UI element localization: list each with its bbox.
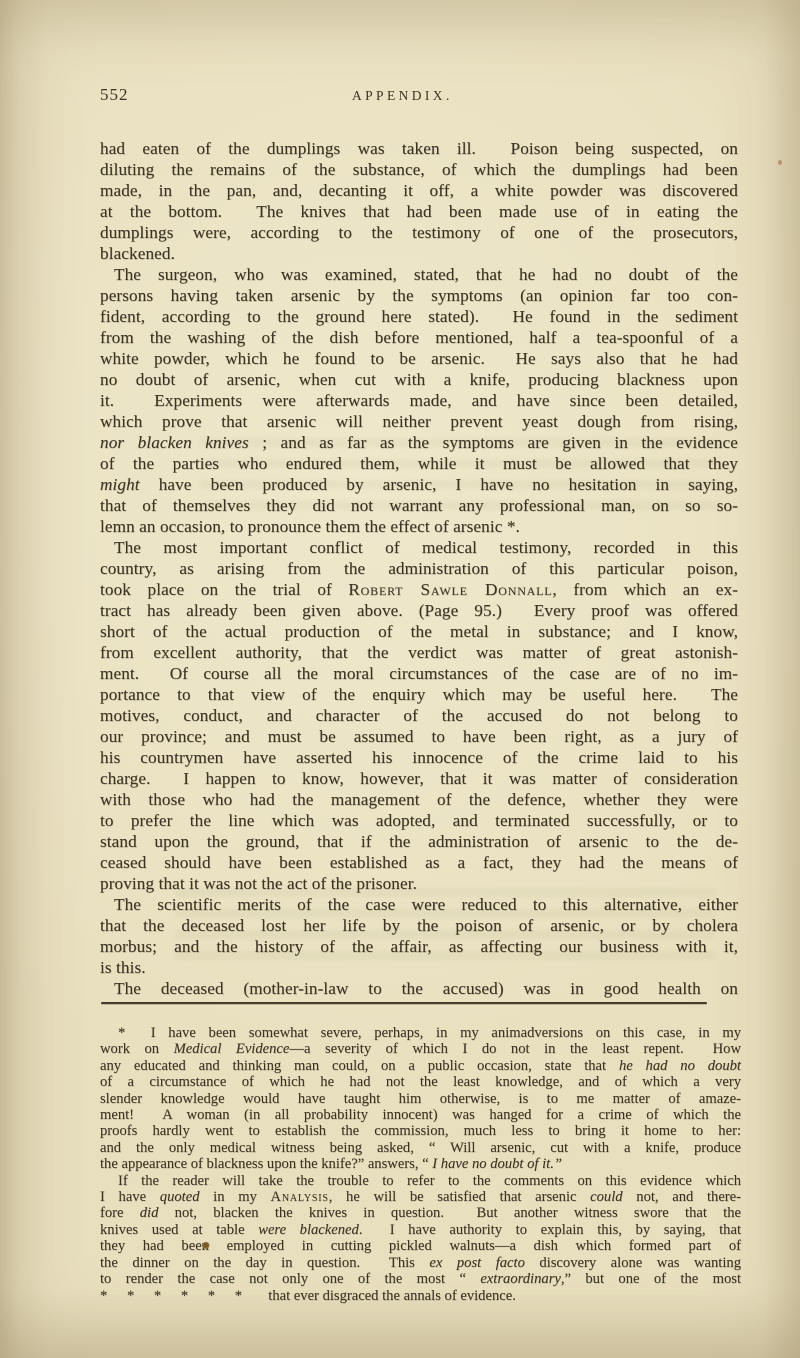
text-segment: , from which an ex- — [552, 580, 738, 599]
text-segment: stand upon the ground, that if the admin… — [100, 832, 738, 851]
text-segment: ceased should have been established as a… — [100, 853, 738, 872]
text-line: white powder, which he found to be arsen… — [100, 348, 738, 369]
body-text: had eaten of the dumplings was taken ill… — [100, 138, 738, 999]
text-segment: the dinner on the day in question. This — [100, 1255, 429, 1271]
text-segment: dumplings were, according to the testimo… — [100, 223, 738, 242]
text-segment: work on — [100, 1041, 174, 1057]
text-segment: ,” but one of the most — [561, 1271, 741, 1287]
text-line: the appearance of blackness upon the kni… — [100, 1156, 741, 1172]
text-segment: * * * * * * — [100, 1288, 250, 1304]
text-segment: nor blacken knives — [100, 433, 249, 452]
text-line: to prefer the line which was adopted, an… — [100, 810, 738, 831]
text-segment: blackened. — [100, 244, 175, 263]
paper-speck — [202, 1242, 210, 1249]
text-line: our province; and must be assumed to hav… — [100, 726, 738, 747]
page-number: 552 — [100, 85, 129, 105]
text-segment: I have — [100, 1189, 160, 1205]
text-segment: extraordinary — [480, 1271, 561, 1287]
text-line: might have been produced by arsenic, I h… — [100, 474, 738, 495]
text-segment: quoted — [160, 1189, 200, 1205]
footnote-text: * I have been somewhat severe, perhaps, … — [100, 1025, 741, 1304]
text-line: short of the actual production of the me… — [100, 621, 738, 642]
paper-speck — [778, 160, 782, 165]
text-line: to render the case not only one of the m… — [100, 1271, 741, 1287]
text-line: slender knowledge would have taught him … — [100, 1091, 741, 1107]
text-segment: portance to that view of the enquiry whi… — [100, 685, 738, 704]
text-line: is this. — [100, 957, 738, 978]
text-segment: * I have been somewhat severe, perhaps, … — [118, 1025, 741, 1041]
text-line: ceased should have been established as a… — [100, 852, 738, 873]
text-segment: knives used at table — [100, 1222, 258, 1238]
text-segment: ex post facto — [429, 1255, 525, 1271]
text-line: his countrymen have asserted his innocen… — [100, 747, 738, 768]
text-line: The deceased (mother-in-law to the accus… — [100, 978, 738, 999]
text-segment: and the only medical witness being asked… — [100, 1140, 741, 1156]
text-line: * * * * * * that ever disgraced the anna… — [100, 1288, 741, 1304]
text-line: portance to that view of the enquiry whi… — [100, 684, 738, 705]
text-line: lemn an occasion, to pronounce them the … — [100, 516, 738, 537]
text-line: persons having taken arsenic by the symp… — [100, 285, 738, 306]
text-segment: that of themselves they did not warrant … — [100, 496, 738, 515]
text-segment: it. Experiments were afterwards made, an… — [100, 391, 738, 410]
text-segment: have been produced by arsenic, I have no… — [140, 475, 738, 494]
text-segment: ; and as far as the symptoms are given i… — [249, 433, 738, 452]
text-line: that the deceased lost her life by the p… — [100, 915, 738, 936]
text-segment: did — [140, 1205, 159, 1221]
text-line: from the washing of the dish before ment… — [100, 327, 738, 348]
text-line: stand upon the ground, that if the admin… — [100, 831, 738, 852]
text-line: diluting the remains of the substance, o… — [100, 159, 738, 180]
text-segment: charge. I happen to know, however, that … — [100, 769, 738, 788]
text-segment: could — [590, 1189, 622, 1205]
text-line: fore did not, blacken the knives in ques… — [100, 1205, 741, 1221]
text-line: The surgeon, who was examined, stated, t… — [100, 264, 738, 285]
text-line: motives, conduct, and character of the a… — [100, 705, 738, 726]
text-line: tract has already been given above. (Pag… — [100, 600, 738, 621]
text-line: ment! A woman (in all probability innoce… — [100, 1107, 741, 1123]
text-segment: were blackened — [258, 1222, 359, 1238]
text-line: nor blacken knives ; and as far as the s… — [100, 432, 738, 453]
book-page: 552 APPENDIX. had eaten of the dumplings… — [0, 0, 800, 1358]
text-segment: he had no doubt — [619, 1058, 741, 1074]
text-segment: to render the case not only one of the m… — [100, 1271, 480, 1287]
text-line: proofs hardly went to establish the comm… — [100, 1123, 741, 1139]
text-segment: . I have authority to explain this, by s… — [359, 1222, 741, 1238]
text-segment: The deceased (mother-in-law to the accus… — [114, 979, 738, 998]
text-segment: diluting the remains of the substance, o… — [100, 160, 738, 179]
text-segment: fore — [100, 1205, 140, 1221]
text-segment: , he will be satisfied that arsenic — [329, 1189, 590, 1205]
text-line: at the bottom. The knives that had been … — [100, 201, 738, 222]
text-segment: with those who had the management of the… — [100, 790, 738, 809]
text-segment: from excellent authority, that the verdi… — [100, 643, 738, 662]
text-line: and the only medical witness being asked… — [100, 1140, 741, 1156]
text-segment: made, in the pan, and, decanting it off,… — [100, 181, 738, 200]
text-line: it. Experiments were afterwards made, an… — [100, 390, 738, 411]
text-line: no doubt of arsenic, when cut with a kni… — [100, 369, 738, 390]
text-segment: persons having taken arsenic by the symp… — [100, 286, 738, 305]
footnote-divider — [101, 1002, 707, 1004]
text-segment: took place on the trial of — [100, 580, 348, 599]
text-segment: discovery alone was wanting — [525, 1255, 741, 1271]
text-line: ment. Of course all the moral circumstan… — [100, 663, 738, 684]
text-segment: is this. — [100, 958, 146, 977]
text-segment: country, as arising from the administrat… — [100, 559, 738, 578]
text-line: made, in the pan, and, decanting it off,… — [100, 180, 738, 201]
text-line: of a circumstance of which he had not th… — [100, 1074, 741, 1090]
text-segment: Medical Evidence — [174, 1041, 290, 1057]
text-line: The most important conflict of medical t… — [100, 537, 738, 558]
text-segment: they had been employed in cutting pickle… — [100, 1238, 741, 1254]
text-segment: his countrymen have asserted his innocen… — [100, 748, 738, 767]
text-line: had eaten of the dumplings was taken ill… — [100, 138, 738, 159]
text-segment: to prefer the line which was adopted, an… — [100, 811, 738, 830]
text-segment: morbus; and the history of the affair, a… — [100, 937, 738, 956]
text-line: * I have been somewhat severe, perhaps, … — [100, 1025, 741, 1041]
text-segment: slender knowledge would have taught him … — [100, 1091, 741, 1107]
text-line: fident, according to the ground here sta… — [100, 306, 738, 327]
text-line: dumplings were, according to the testimo… — [100, 222, 738, 243]
text-line: work on Medical Evidence—a severity of w… — [100, 1041, 741, 1057]
text-line: morbus; and the history of the affair, a… — [100, 936, 738, 957]
text-segment: the appearance of blackness upon the kni… — [100, 1156, 432, 1172]
text-segment: fident, according to the ground here sta… — [100, 307, 738, 326]
text-line: country, as arising from the administrat… — [100, 558, 738, 579]
text-segment: Robert Sawle Donnall — [348, 580, 552, 599]
text-segment: white powder, which he found to be arsen… — [100, 349, 738, 368]
text-segment: any educated and thinking man could, on … — [100, 1058, 619, 1074]
text-line: which prove that arsenic will neither pr… — [100, 411, 738, 432]
text-segment: of a circumstance of which he had not th… — [100, 1074, 741, 1090]
text-line: knives used at table were blackened. I h… — [100, 1222, 741, 1238]
text-line: the dinner on the day in question. This … — [100, 1255, 741, 1271]
text-segment: which prove that arsenic will neither pr… — [100, 412, 738, 431]
text-segment: proving that it was not the act of the p… — [100, 874, 417, 893]
text-line: any educated and thinking man could, on … — [100, 1058, 741, 1074]
text-line: proving that it was not the act of the p… — [100, 873, 738, 894]
text-segment: —a severity of which I do not in the lea… — [289, 1041, 741, 1057]
text-segment: that ever disgraced the annals of eviden… — [250, 1288, 516, 1304]
text-segment: of the parties who endured them, while i… — [100, 454, 738, 473]
text-line: with those who had the management of the… — [100, 789, 738, 810]
text-line: The scientific merits of the case were r… — [100, 894, 738, 915]
text-segment: our province; and must be assumed to hav… — [100, 727, 738, 746]
text-line: charge. I happen to know, however, that … — [100, 768, 738, 789]
text-segment: at the bottom. The knives that had been … — [100, 202, 738, 221]
text-segment: The scientific merits of the case were r… — [114, 895, 738, 914]
text-line: If the reader will take the trouble to r… — [100, 1173, 741, 1189]
text-segment: from the washing of the dish before ment… — [100, 328, 738, 347]
text-segment: Analysis — [271, 1189, 329, 1205]
text-segment: might — [100, 475, 140, 494]
text-segment: ment! A woman (in all probability innoce… — [100, 1107, 741, 1123]
text-line: of the parties who endured them, while i… — [100, 453, 738, 474]
text-line: took place on the trial of Robert Sawle … — [100, 579, 738, 600]
text-segment: If the reader will take the trouble to r… — [118, 1173, 741, 1189]
text-segment: The surgeon, who was examined, stated, t… — [114, 265, 738, 284]
text-line: from excellent authority, that the verdi… — [100, 642, 738, 663]
text-segment: motives, conduct, and character of the a… — [100, 706, 738, 725]
text-segment: lemn an occasion, to pronounce them the … — [100, 517, 520, 536]
text-segment: not, blacken the knives in question. But… — [158, 1205, 741, 1221]
text-segment: short of the actual production of the me… — [100, 622, 738, 641]
text-segment: tract has already been given above. (Pag… — [100, 601, 738, 620]
text-line: I have quoted in my Analysis, he will be… — [100, 1189, 741, 1205]
text-segment: I have no doubt of it.” — [432, 1156, 562, 1172]
text-line: blackened. — [100, 243, 738, 264]
text-segment: no doubt of arsenic, when cut with a kni… — [100, 370, 738, 389]
running-head: APPENDIX. — [352, 88, 453, 104]
text-segment: that the deceased lost her life by the p… — [100, 916, 738, 935]
text-segment: ment. Of course all the moral circumstan… — [100, 664, 738, 683]
text-line: they had been employed in cutting pickle… — [100, 1238, 741, 1254]
text-segment: The most important conflict of medical t… — [114, 538, 738, 557]
text-segment: proofs hardly went to establish the comm… — [100, 1123, 741, 1139]
text-line: that of themselves they did not warrant … — [100, 495, 738, 516]
text-segment: not, and there- — [623, 1189, 741, 1205]
text-segment: in my — [200, 1189, 271, 1205]
text-segment: had eaten of the dumplings was taken ill… — [100, 139, 738, 158]
